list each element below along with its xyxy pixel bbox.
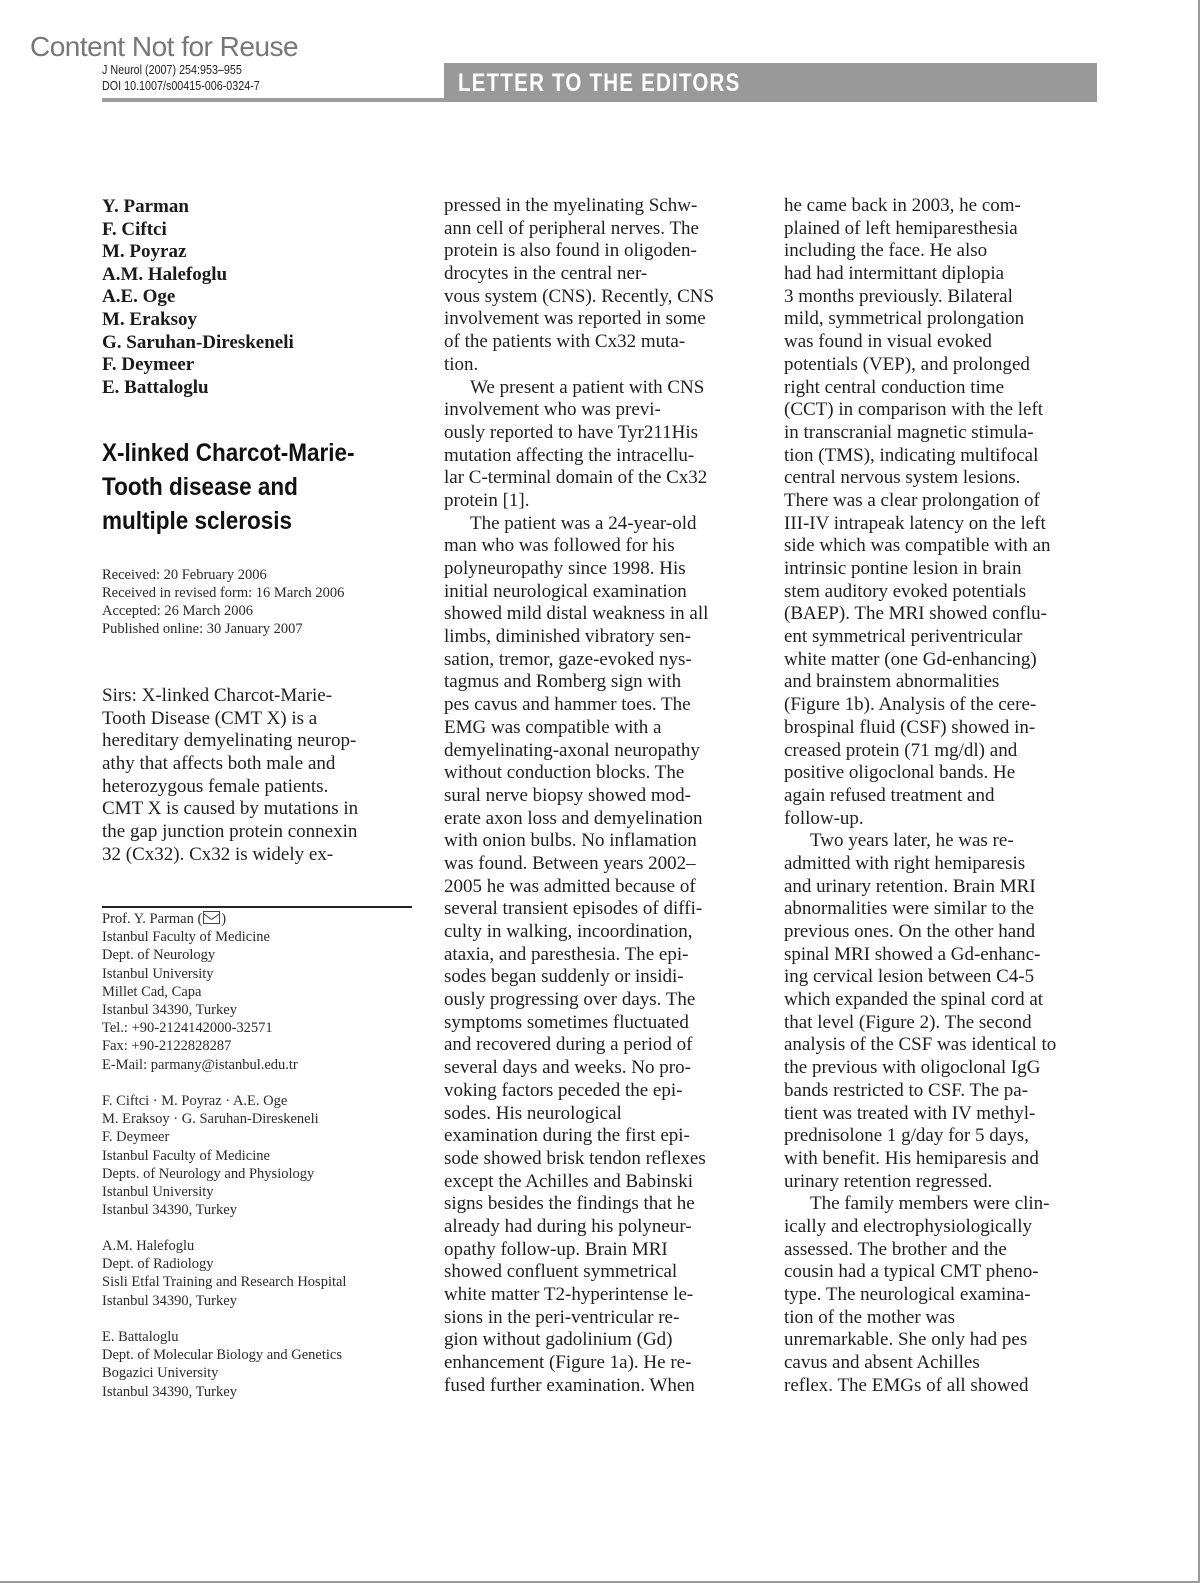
author: F. Ciftci: [102, 219, 294, 242]
text-line: (Figure 1b). Analysis of the cere-: [784, 694, 1056, 717]
text-line: The family members were clin-: [784, 1193, 1056, 1216]
affiliation-divider: [102, 906, 412, 908]
text-line: stem auditory evoked potentials: [784, 581, 1056, 604]
text-line: III-IV intrapeak latency on the left: [784, 513, 1056, 536]
text-line: was found. Between years 2002–: [444, 853, 714, 876]
text-line: sural nerve biopsy showed mod-: [444, 785, 714, 808]
middle-column-body: pressed in the myelinating Schw-ann cell…: [444, 195, 714, 1397]
text-line: (BAEP). The MRI showed conflu-: [784, 603, 1056, 626]
corresponding-author: Prof. Y. Parman (): [102, 910, 298, 928]
text-line: tient was treated with IV methyl-: [784, 1103, 1056, 1126]
text-line: fused further examination. When: [444, 1375, 714, 1398]
affiliation-line: Sisli Etfal Training and Research Hospit…: [102, 1273, 346, 1291]
text-line: reflex. The EMGs of all showed: [784, 1375, 1056, 1398]
article-title: X-linked Charcot-Marie- Tooth disease an…: [102, 436, 355, 538]
text-line: sation, tremor, gaze-evoked nys-: [444, 649, 714, 672]
text-line: initial neurological examination: [444, 581, 714, 604]
right-column-body: he came back in 2003, he com-plained of …: [784, 195, 1056, 1397]
author: E. Battaloglu: [102, 377, 294, 400]
header-underline: [102, 98, 444, 102]
text-line: 32 (Cx32). Cx32 is widely ex-: [102, 844, 358, 867]
affiliation-line: Millet Cad, Capa: [102, 983, 298, 1001]
affiliation-line: Istanbul University: [102, 965, 298, 983]
text-line: he came back in 2003, he com-: [784, 195, 1056, 218]
text-line: sode showed brisk tendon reflexes: [444, 1148, 714, 1171]
affiliation-line: F. Deymeer: [102, 1128, 319, 1146]
text-line: Tooth Disease (CMT X) is a: [102, 708, 358, 731]
text-line: and recovered during a period of: [444, 1034, 714, 1057]
text-line: with benefit. His hemiparesis and: [784, 1148, 1056, 1171]
text-line: heterozygous female patients.: [102, 776, 358, 799]
text-line: central nervous system lesions.: [784, 467, 1056, 490]
text-line: mutation affecting the intracellu-: [444, 445, 714, 468]
text-line: cavus and absent Achilles: [784, 1352, 1056, 1375]
text-line: ously reported to have Tyr211His: [444, 422, 714, 445]
affiliation-line: Istanbul Faculty of Medicine: [102, 1147, 319, 1165]
text-line: was found in visual evoked: [784, 331, 1056, 354]
corresponding-author-name: Prof. Y. Parman (: [102, 911, 202, 927]
text-line: Two years later, he was re-: [784, 830, 1056, 853]
text-line: EMG was compatible with a: [444, 717, 714, 740]
title-line: multiple sclerosis: [102, 504, 355, 538]
text-line: without conduction blocks. The: [444, 762, 714, 785]
text-line: tagmus and Romberg sign with: [444, 671, 714, 694]
title-line: X-linked Charcot-Marie-: [102, 436, 355, 470]
text-line: polyneuropathy since 1998. His: [444, 558, 714, 581]
author: A.M. Halefoglu: [102, 264, 294, 287]
text-line: voking factors peceded the epi-: [444, 1080, 714, 1103]
text-line: gion without gadolinium (Gd): [444, 1329, 714, 1352]
text-line: again refused treatment and: [784, 785, 1056, 808]
text-line: demyelinating-axonal neuropathy: [444, 740, 714, 763]
text-line: signs besides the findings that he: [444, 1193, 714, 1216]
publication-dates: Received: 20 February 2006 Received in r…: [102, 566, 344, 638]
text-line: admitted with right hemiparesis: [784, 853, 1056, 876]
text-line: involvement who was previ-: [444, 399, 714, 422]
doi: DOI 10.1007/s00415-006-0324-7: [102, 78, 260, 94]
text-line: The patient was a 24-year-old: [444, 513, 714, 536]
text-line: and urinary retention. Brain MRI: [784, 876, 1056, 899]
date-revised: Received in revised form: 16 March 2006: [102, 584, 344, 602]
text-line: already had during his polyneur-: [444, 1216, 714, 1239]
text-line: several days and weeks. No pro-: [444, 1057, 714, 1080]
text-line: previous ones. On the other hand: [784, 921, 1056, 944]
text-line: in transcranial magnetic stimula-: [784, 422, 1056, 445]
text-line: that level (Figure 2). The second: [784, 1012, 1056, 1035]
affiliation-line: Istanbul 34390, Turkey: [102, 1383, 342, 1401]
journal-citation: J Neurol (2007) 254:953–955: [102, 62, 260, 78]
citation-block: J Neurol (2007) 254:953–955 DOI 10.1007/…: [102, 62, 260, 94]
affiliation-line: Istanbul University: [102, 1183, 319, 1201]
text-line: right central conduction time: [784, 377, 1056, 400]
text-line: sodes began suddenly or insidi-: [444, 966, 714, 989]
text-line: ann cell of peripheral nerves. The: [444, 218, 714, 241]
text-line: the previous with oligoclonal IgG: [784, 1057, 1056, 1080]
affiliation-line: M. Eraksoy · G. Saruhan-Direskeneli: [102, 1110, 319, 1128]
affiliation-line: Depts. of Neurology and Physiology: [102, 1165, 319, 1183]
text-line: vous system (CNS). Recently, CNS: [444, 286, 714, 309]
text-line: which expanded the spinal cord at: [784, 989, 1056, 1012]
text-line: type. The neurological examina-: [784, 1284, 1056, 1307]
author: M. Poyraz: [102, 241, 294, 264]
date-accepted: Accepted: 26 March 2006: [102, 602, 344, 620]
text-line: had had intermittant diplopia: [784, 263, 1056, 286]
text-line: sions in the peri-ventricular re-: [444, 1307, 714, 1330]
envelope-icon: [203, 911, 220, 924]
affiliation-group-4: E. Battaloglu Dept. of Molecular Biology…: [102, 1328, 342, 1401]
author-list: Y. Parman F. Ciftci M. Poyraz A.M. Halef…: [102, 196, 294, 399]
text-line: 2005 he was admitted because of: [444, 876, 714, 899]
text-line: including the face. He also: [784, 240, 1056, 263]
affiliation-line: Bogazici University: [102, 1364, 342, 1382]
text-line: pes cavus and hammer toes. The: [444, 694, 714, 717]
text-line: There was a clear prolongation of: [784, 490, 1056, 513]
text-line: symptoms sometimes fluctuated: [444, 1012, 714, 1035]
text-line: CMT X is caused by mutations in: [102, 798, 358, 821]
affiliation-line: Istanbul 34390, Turkey: [102, 1001, 298, 1019]
affiliation-line: Dept. of Molecular Biology and Genetics: [102, 1346, 342, 1364]
text-line: bands restricted to CSF. The pa-: [784, 1080, 1056, 1103]
author: F. Deymeer: [102, 354, 294, 377]
affiliation-group-2: F. Ciftci · M. Poyraz · A.E. Oge M. Erak…: [102, 1092, 319, 1219]
author: M. Eraksoy: [102, 309, 294, 332]
affiliation-line: F. Ciftci · M. Poyraz · A.E. Oge: [102, 1092, 319, 1110]
text-line: mild, symmetrical prolongation: [784, 308, 1056, 331]
text-line: prednisolone 1 g/day for 5 days,: [784, 1125, 1056, 1148]
text-line: potentials (VEP), and prolonged: [784, 354, 1056, 377]
text-line: creased protein (71 mg/dl) and: [784, 740, 1056, 763]
affiliation-line: Istanbul Faculty of Medicine: [102, 928, 298, 946]
text-line: lar C-terminal domain of the Cx32: [444, 467, 714, 490]
text-line: cousin had a typical CMT pheno-: [784, 1261, 1056, 1284]
text-line: except the Achilles and Babinski: [444, 1171, 714, 1194]
date-published: Published online: 30 January 2007: [102, 620, 344, 638]
text-line: ent symmetrical periventricular: [784, 626, 1056, 649]
text-line: culty in walking, incoordination,: [444, 921, 714, 944]
text-line: (CCT) in comparison with the left: [784, 399, 1056, 422]
text-line: Sirs: X-linked Charcot-Marie-: [102, 685, 358, 708]
date-received: Received: 20 February 2006: [102, 566, 344, 584]
text-line: white matter T2-hyperintense le-: [444, 1284, 714, 1307]
text-line: ataxia, and paresthesia. The epi-: [444, 944, 714, 967]
text-line: spinal MRI showed a Gd-enhanc-: [784, 944, 1056, 967]
text-line: showed confluent symmetrical: [444, 1261, 714, 1284]
affiliation-line: E. Battaloglu: [102, 1328, 342, 1346]
text-line: assessed. The brother and the: [784, 1239, 1056, 1262]
text-line: erate axon loss and demyelination: [444, 808, 714, 831]
text-line: brospinal fluid (CSF) showed in-: [784, 717, 1056, 740]
text-line: man who was followed for his: [444, 535, 714, 558]
text-line: with onion bulbs. No inflamation: [444, 830, 714, 853]
text-line: athy that affects both male and: [102, 753, 358, 776]
text-line: ically and electrophysiologically: [784, 1216, 1056, 1239]
title-line: Tooth disease and: [102, 470, 355, 504]
text-line: protein is also found in oligoden-: [444, 240, 714, 263]
author: A.E. Oge: [102, 286, 294, 309]
left-column-body: Sirs: X-linked Charcot-Marie- Tooth Dise…: [102, 685, 358, 867]
text-line: ing cervical lesion between C4-5: [784, 966, 1056, 989]
section-header-bar: LETTER TO THE EDITORS: [444, 63, 1097, 102]
corresponding-author-affiliation: Prof. Y. Parman () Istanbul Faculty of M…: [102, 910, 298, 1074]
section-label: LETTER TO THE EDITORS: [458, 68, 740, 98]
watermark: Content Not for Reuse: [30, 30, 298, 64]
email[interactable]: E-Mail: parmany@istanbul.edu.tr: [102, 1056, 298, 1074]
text-line: abnormalities were similar to the: [784, 898, 1056, 921]
text-line: positive oligoclonal bands. He: [784, 762, 1056, 785]
text-line: ously progressing over days. The: [444, 989, 714, 1012]
text-line: analysis of the CSF was identical to: [784, 1034, 1056, 1057]
text-line: side which was compatible with an: [784, 535, 1056, 558]
author: G. Saruhan-Direskeneli: [102, 332, 294, 355]
text-line: pressed in the myelinating Schw-: [444, 195, 714, 218]
affiliation-line: Dept. of Radiology: [102, 1255, 346, 1273]
text-line: examination during the first epi-: [444, 1125, 714, 1148]
text-line: drocytes in the central ner-: [444, 263, 714, 286]
text-line: showed mild distal weakness in all: [444, 603, 714, 626]
text-line: tion of the mother was: [784, 1307, 1056, 1330]
author: Y. Parman: [102, 196, 294, 219]
text-line: plained of left hemiparesthesia: [784, 218, 1056, 241]
text-line: intrinsic pontine lesion in brain: [784, 558, 1056, 581]
corresponding-author-name-end: ): [221, 911, 226, 927]
text-line: limbs, diminished vibratory sen-: [444, 626, 714, 649]
text-line: several transient episodes of diffi-: [444, 898, 714, 921]
affiliation-line: A.M. Halefoglu: [102, 1237, 346, 1255]
affiliation-line: Istanbul 34390, Turkey: [102, 1201, 319, 1219]
text-line: hereditary demyelinating neurop-: [102, 730, 358, 753]
text-line: We present a patient with CNS: [444, 377, 714, 400]
text-line: involvement was reported in some: [444, 308, 714, 331]
text-line: white matter (one Gd-enhancing): [784, 649, 1056, 672]
affiliation-line: Istanbul 34390, Turkey: [102, 1292, 346, 1310]
text-line: and brainstem abnormalities: [784, 671, 1056, 694]
text-line: opathy follow-up. Brain MRI: [444, 1239, 714, 1262]
text-line: tion (TMS), indicating multifocal: [784, 445, 1056, 468]
text-line: 3 months previously. Bilateral: [784, 286, 1056, 309]
text-line: protein [1].: [444, 490, 714, 513]
text-line: sodes. His neurological: [444, 1103, 714, 1126]
text-line: of the patients with Cx32 muta-: [444, 331, 714, 354]
text-line: enhancement (Figure 1a). He re-: [444, 1352, 714, 1375]
phone: Tel.: +90-2124142000-32571: [102, 1019, 298, 1037]
affiliation-line: Dept. of Neurology: [102, 946, 298, 964]
text-line: urinary retention regressed.: [784, 1171, 1056, 1194]
fax: Fax: +90-2122828287: [102, 1037, 298, 1055]
text-line: follow-up.: [784, 808, 1056, 831]
affiliation-group-3: A.M. Halefoglu Dept. of Radiology Sisli …: [102, 1237, 346, 1310]
text-line: the gap junction protein connexin: [102, 821, 358, 844]
text-line: tion.: [444, 354, 714, 377]
text-line: unremarkable. She only had pes: [784, 1329, 1056, 1352]
